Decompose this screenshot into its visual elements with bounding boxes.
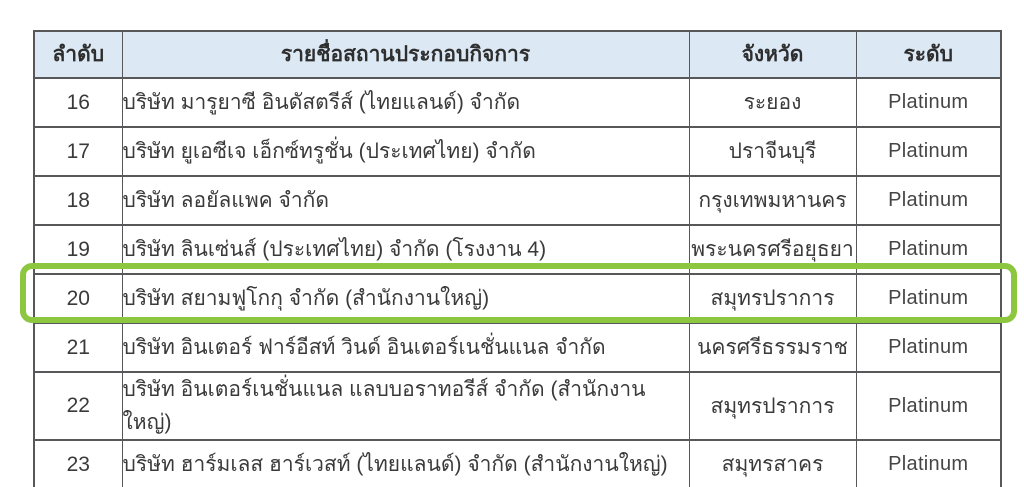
- company-cell: บริษัท ลินเซ่นส์ (ประเทศไทย) จำกัด (โรงง…: [122, 225, 689, 274]
- level-cell: Platinum: [856, 127, 1001, 176]
- table-row: 18 บริษัท ลอยัลแพค จำกัด กรุงเทพมหานคร P…: [34, 176, 1001, 225]
- table-row: 22 บริษัท อินเตอร์เนชั่นแนล แลบบอราทอรีส…: [34, 372, 1001, 440]
- province-cell: กรุงเทพมหานคร: [689, 176, 856, 225]
- order-cell: 22: [34, 372, 122, 440]
- table-row-highlighted: 20 บริษัท สยามฟูโกกุ จำกัด (สำนักงานใหญ่…: [34, 274, 1001, 323]
- province-cell: ปราจีนบุรี: [689, 127, 856, 176]
- header-cell-level: ระดับ: [856, 31, 1001, 78]
- header-cell-order: ลำดับ: [34, 31, 122, 78]
- order-cell: 19: [34, 225, 122, 274]
- province-cell: สมุทรปราการ: [689, 274, 856, 323]
- company-cell: บริษัท ยูเอซีเจ เอ็กซ์ทรูชั่น (ประเทศไทย…: [122, 127, 689, 176]
- document-page: ลำดับ รายชื่อสถานประกอบกิจการ จังหวัด ระ…: [0, 0, 1024, 487]
- province-cell: นครศรีธรรมราช: [689, 323, 856, 372]
- level-cell: Platinum: [856, 274, 1001, 323]
- level-cell: Platinum: [856, 176, 1001, 225]
- establishments-table: ลำดับ รายชื่อสถานประกอบกิจการ จังหวัด ระ…: [33, 30, 1002, 487]
- order-cell: 17: [34, 127, 122, 176]
- province-cell: พระนครศรีอยุธยา: [689, 225, 856, 274]
- table-row: 23 บริษัท ฮาร์มเลส ฮาร์เวสท์ (ไทยแลนด์) …: [34, 440, 1001, 487]
- table-row: 17 บริษัท ยูเอซีเจ เอ็กซ์ทรูชั่น (ประเทศ…: [34, 127, 1001, 176]
- province-cell: สมุทรสาคร: [689, 440, 856, 487]
- company-cell: บริษัท มารูยาซี อินดัสตรีส์ (ไทยแลนด์) จ…: [122, 78, 689, 127]
- table-header: ลำดับ รายชื่อสถานประกอบกิจการ จังหวัด ระ…: [34, 31, 1001, 78]
- header-cell-company: รายชื่อสถานประกอบกิจการ: [122, 31, 689, 78]
- company-cell: บริษัท อินเตอร์เนชั่นแนล แลบบอราทอรีส์ จ…: [122, 372, 689, 440]
- order-cell: 16: [34, 78, 122, 127]
- level-cell: Platinum: [856, 372, 1001, 440]
- order-cell: 18: [34, 176, 122, 225]
- table-row: 16 บริษัท มารูยาซี อินดัสตรีส์ (ไทยแลนด์…: [34, 78, 1001, 127]
- header-row: ลำดับ รายชื่อสถานประกอบกิจการ จังหวัด ระ…: [34, 31, 1001, 78]
- table-row: 19 บริษัท ลินเซ่นส์ (ประเทศไทย) จำกัด (โ…: [34, 225, 1001, 274]
- order-cell: 23: [34, 440, 122, 487]
- level-cell: Platinum: [856, 225, 1001, 274]
- level-cell: Platinum: [856, 78, 1001, 127]
- company-cell: บริษัท ฮาร์มเลส ฮาร์เวสท์ (ไทยแลนด์) จำก…: [122, 440, 689, 487]
- order-cell: 21: [34, 323, 122, 372]
- header-cell-province: จังหวัด: [689, 31, 856, 78]
- company-cell: บริษัท สยามฟูโกกุ จำกัด (สำนักงานใหญ่): [122, 274, 689, 323]
- company-cell: บริษัท ลอยัลแพค จำกัด: [122, 176, 689, 225]
- level-cell: Platinum: [856, 323, 1001, 372]
- province-cell: ระยอง: [689, 78, 856, 127]
- company-cell: บริษัท อินเตอร์ ฟาร์อีสท์ วินด์ อินเตอร์…: [122, 323, 689, 372]
- level-cell: Platinum: [856, 440, 1001, 487]
- province-cell: สมุทรปราการ: [689, 372, 856, 440]
- table-body: 16 บริษัท มารูยาซี อินดัสตรีส์ (ไทยแลนด์…: [34, 78, 1001, 487]
- order-cell: 20: [34, 274, 122, 323]
- table-row: 21 บริษัท อินเตอร์ ฟาร์อีสท์ วินด์ อินเต…: [34, 323, 1001, 372]
